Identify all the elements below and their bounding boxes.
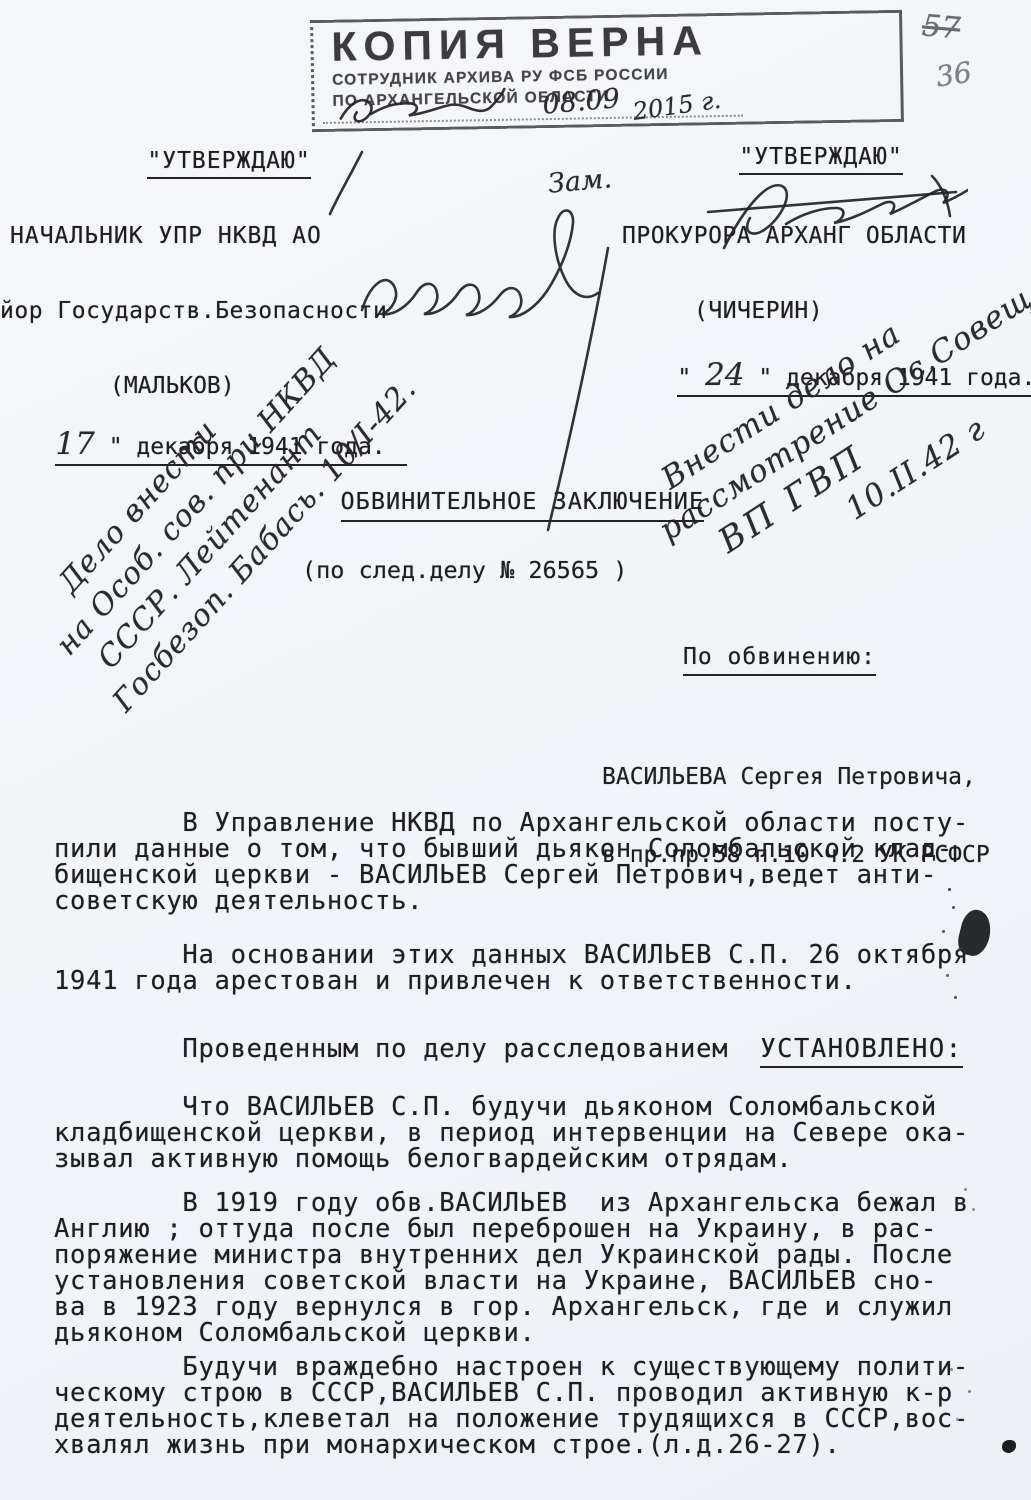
archivist-signature <box>332 87 523 128</box>
paragraph-1919: В 1919 году обв.ВАСИЛЬЕВ из Архангельска… <box>54 1190 1016 1346</box>
paragraph-established: Проведенным по делу расследованием УСТАН… <box>54 1036 1016 1062</box>
page-number: 36 <box>934 55 974 93</box>
paragraph-deacon: Что ВАСИЛЬЕВ С.П. будучи дьяконом Соломб… <box>54 1094 1016 1172</box>
established-emphasis: УСТАНОВЛЕНО: <box>760 1034 962 1068</box>
stamp-title: КОПИЯ ВЕРНА <box>331 17 890 69</box>
established-prefix: Проведенным по делу расследованием <box>54 1034 760 1064</box>
stamp-date-day: 08.09 <box>541 83 621 121</box>
scanned-document-page: 57 36 КОПИЯ ВЕРНА СОТРУДНИК АРХИВА РУ ФС… <box>0 0 1031 1500</box>
document-title: ОБВИНИТЕЛЬНОЕ ЗАКЛЮЧЕНИЕ <box>341 487 705 522</box>
paragraph-hostile: Будучи враждебно настроен к существующем… <box>54 1354 1016 1458</box>
approve-label-left: "УТВЕРЖДАЮ" <box>147 149 310 179</box>
document-body: В Управление НКВД по Архангельской облас… <box>54 810 1016 1458</box>
accused-name: ВАСИЛЬЕВА Сергея Петровича, <box>602 764 990 790</box>
handwritten-day-17: 17 <box>55 426 94 462</box>
handwritten-day-24: 24 <box>705 357 744 393</box>
scan-noise-specks <box>948 888 951 891</box>
date-open-quote: " <box>677 365 705 391</box>
document-title-block: ОБВИНИТЕЛЬНОЕ ЗАКЛЮЧЕНИЕ (по след.делу №… <box>302 468 742 622</box>
prosecutor-signature <box>694 152 968 274</box>
page-number-crossed: 57 <box>921 8 962 46</box>
archive-copy-stamp: КОПИЯ ВЕРНА СОТРУДНИК АРХИВА РУ ФСБ РОСС… <box>310 10 904 132</box>
case-number-line: (по след.делу № 26565 ) <box>302 556 742 584</box>
paragraph-intro: В Управление НКВД по Архангельской облас… <box>54 810 1016 914</box>
accusation-label: По обвинению: <box>683 644 876 676</box>
paragraph-arrest: На основании этих данных ВАСИЛЬЕВ С.П. 2… <box>54 942 1016 994</box>
